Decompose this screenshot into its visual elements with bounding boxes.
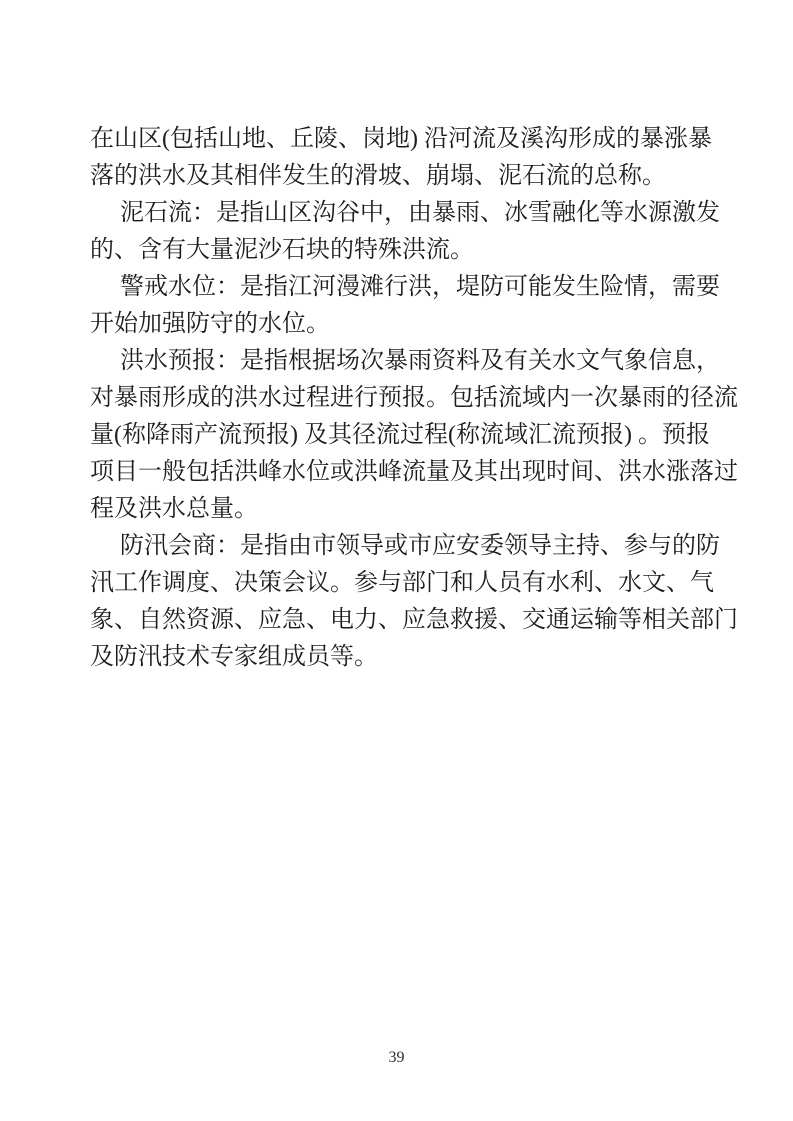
text-line: 的、含有大量泥沙石块的特殊洪流。 [90, 232, 696, 269]
text-line: 落的洪水及其相伴发生的滑坡、崩塌、泥石流的总称。 [90, 158, 696, 195]
page-number: 39 [0, 1049, 793, 1067]
text-line: 警戒水位：是指江河漫滩行洪，堤防可能发生险情，需要 [90, 269, 696, 306]
text-line: 开始加强防守的水位。 [90, 306, 696, 343]
text-line: 汛工作调度、决策会议。参与部门和人员有水利、水文、气 [90, 565, 696, 602]
document-page: 在山区(包括山地、丘陵、岗地) 沿河流及溪沟形成的暴涨暴落的洪水及其相伴发生的滑… [0, 0, 793, 1121]
text-line: 程及洪水总量。 [90, 491, 696, 528]
text-line: 防汛会商：是指由市领导或市应安委领导主持、参与的防 [90, 528, 696, 565]
text-line: 泥石流：是指山区沟谷中，由暴雨、冰雪融化等水源激发 [90, 195, 696, 232]
text-line: 洪水预报：是指根据场次暴雨资料及有关水文气象信息， [90, 343, 696, 380]
text-line: 象、自然资源、应急、电力、应急救援、交通运输等相关部门 [90, 602, 696, 639]
text-line: 及防汛技术专家组成员等。 [90, 639, 696, 676]
text-block: 在山区(包括山地、丘陵、岗地) 沿河流及溪沟形成的暴涨暴落的洪水及其相伴发生的滑… [90, 121, 696, 676]
text-line: 在山区(包括山地、丘陵、岗地) 沿河流及溪沟形成的暴涨暴 [90, 121, 696, 158]
text-line: 量(称降雨产流预报) 及其径流过程(称流域汇流预报) 。预报 [90, 417, 696, 454]
text-line: 项目一般包括洪峰水位或洪峰流量及其出现时间、洪水涨落过 [90, 454, 696, 491]
text-line: 对暴雨形成的洪水过程进行预报。包括流域内一次暴雨的径流 [90, 380, 696, 417]
